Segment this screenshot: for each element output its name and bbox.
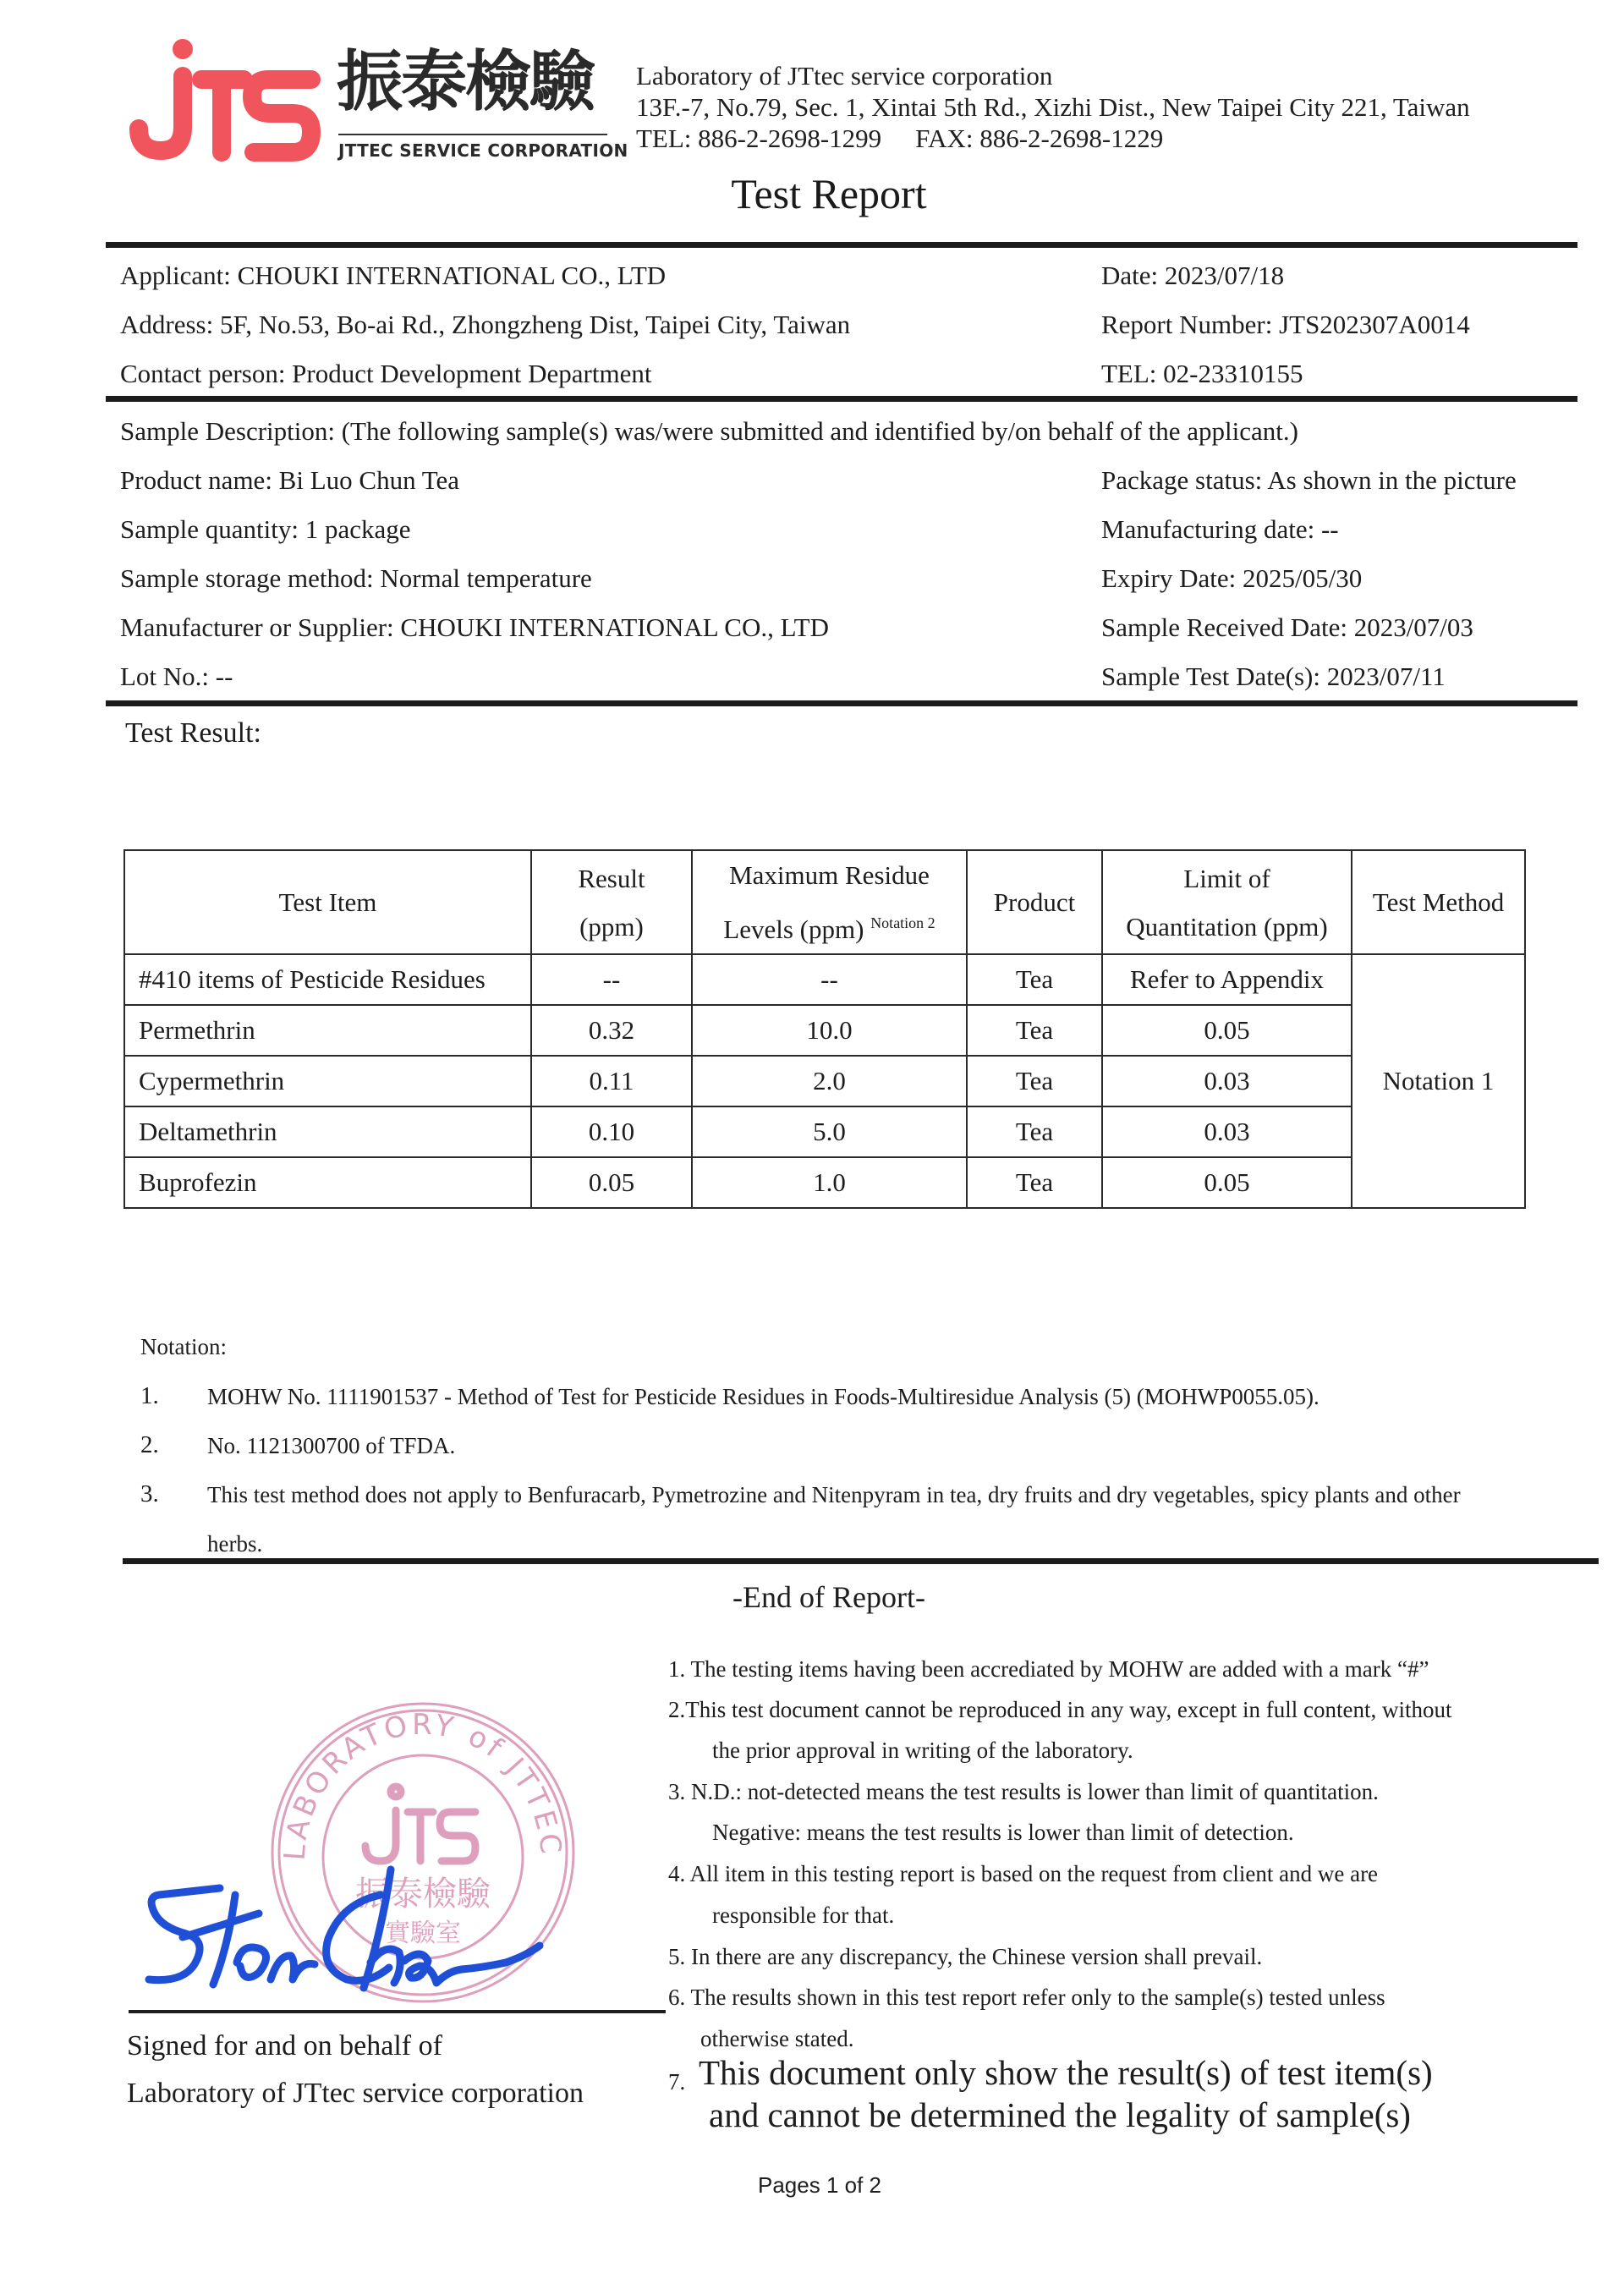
- test-result-table: Test Item Result(ppm) Maximum ResidueLev…: [123, 849, 1526, 1209]
- cell-result: --: [531, 954, 692, 1005]
- logo-english-name: JTTEC SERVICE CORPORATION: [338, 140, 628, 161]
- test-dates-field: Sample Test Date(s): 2023/07/11: [1101, 662, 1446, 692]
- cell-loq: Refer to Appendix: [1102, 954, 1352, 1005]
- cell-product: Tea: [967, 1005, 1102, 1056]
- divider-rule: [106, 242, 1577, 248]
- storage-method-field: Sample storage method: Normal temperatur…: [120, 563, 592, 594]
- cell-mrl: --: [692, 954, 967, 1005]
- disclaimer-item: 5. In there are any discrepancy, the Chi…: [668, 1944, 1262, 1970]
- report-number-field: Report Number: JTS202307A0014: [1101, 310, 1470, 340]
- received-date-field: Sample Received Date: 2023/07/03: [1101, 612, 1473, 643]
- address-field: Address: 5F, No.53, Bo-ai Rd., Zhongzhen…: [120, 310, 850, 340]
- signed-on-behalf-label: Signed for and on behalf of: [127, 2030, 442, 2062]
- page-number: Pages 1 of 2: [758, 2172, 881, 2199]
- cell-loq: 0.05: [1102, 1005, 1352, 1056]
- table-row: Permethrin 0.32 10.0 Tea 0.05: [124, 1005, 1525, 1056]
- cell-result: 0.05: [531, 1157, 692, 1208]
- cell-product: Tea: [967, 1106, 1102, 1157]
- logo-chinese-name: 振泰檢驗: [337, 49, 594, 115]
- lot-number-field: Lot No.: --: [120, 662, 233, 692]
- end-of-report: -End of Report-: [0, 1579, 1624, 1615]
- lab-address: 13F.-7, No.79, Sec. 1, Xintai 5th Rd., X…: [636, 92, 1470, 123]
- notation-text: No. 1121300700 of TFDA.: [207, 1433, 455, 1459]
- contact-field: Contact person: Product Development Depa…: [120, 359, 651, 389]
- cell-result: 0.11: [531, 1056, 692, 1106]
- cell-result: 0.32: [531, 1005, 692, 1056]
- cell-loq: 0.03: [1102, 1106, 1352, 1157]
- header-product: Product: [967, 850, 1102, 954]
- divider-rule: [106, 396, 1577, 402]
- mrl-notation-ref: Notation 2: [870, 914, 935, 931]
- divider-rule: [123, 1558, 1599, 1564]
- notation-text: This test method does not apply to Benfu…: [207, 1482, 1461, 1508]
- notation-heading: Notation:: [140, 1334, 227, 1360]
- cell-mrl: 1.0: [692, 1157, 967, 1208]
- cell-loq: 0.05: [1102, 1157, 1352, 1208]
- disclaimer-item: 1. The testing items having been accredi…: [668, 1656, 1429, 1683]
- cell-product: Tea: [967, 1157, 1102, 1208]
- cell-test-item: Deltamethrin: [124, 1106, 531, 1157]
- cell-mrl: 2.0: [692, 1056, 967, 1106]
- applicant-field: Applicant: CHOUKI INTERNATIONAL CO., LTD: [120, 261, 666, 291]
- lab-fax: FAX: 886-2-2698-1229: [915, 124, 1163, 153]
- header-result: Result(ppm): [531, 850, 692, 954]
- manufacturer-field: Manufacturer or Supplier: CHOUKI INTERNA…: [120, 612, 829, 643]
- disclaimer-item-continued: Negative: means the test results is lowe…: [712, 1820, 1294, 1846]
- applicant-tel-field: TEL: 02-23310155: [1101, 359, 1303, 389]
- signature-line: [129, 2010, 666, 2013]
- disclaimer-number: 7.: [668, 2069, 685, 2095]
- disclaimer-item: 4. All item in this testing report is ba…: [668, 1861, 1378, 1887]
- product-name-field: Product name: Bi Luo Chun Tea: [120, 465, 459, 496]
- signing-lab-name: Laboratory of JTtec service corporation: [127, 2078, 584, 2110]
- lab-contact: TEL: 886-2-2698-1299FAX: 886-2-2698-1229: [636, 124, 1163, 154]
- date-field: Date: 2023/07/18: [1101, 261, 1284, 291]
- table-row: Deltamethrin 0.10 5.0 Tea 0.03: [124, 1106, 1525, 1157]
- cell-product: Tea: [967, 1056, 1102, 1106]
- manufacturing-date-field: Manufacturing date: --: [1101, 514, 1339, 545]
- sample-description: Sample Description: (The following sampl…: [120, 416, 1298, 447]
- notation-number: 3.: [140, 1480, 159, 1508]
- divider-rule: [106, 700, 1577, 706]
- cell-loq: 0.03: [1102, 1056, 1352, 1106]
- package-status-field: Package status: As shown in the picture: [1101, 465, 1517, 496]
- disclaimer-item-continued: and cannot be determined the legality of…: [709, 2095, 1411, 2135]
- disclaimer-item: 2.This test document cannot be reproduce…: [668, 1697, 1452, 1723]
- table-row: Buprofezin 0.05 1.0 Tea 0.05: [124, 1157, 1525, 1208]
- cell-test-item: Cypermethrin: [124, 1056, 531, 1106]
- notation-text: MOHW No. 1111901537 - Method of Test for…: [207, 1384, 1319, 1410]
- lab-tel: TEL: 886-2-2698-1299: [636, 124, 881, 153]
- notation-number: 2.: [140, 1431, 159, 1459]
- notation-text-continued: herbs.: [207, 1531, 262, 1557]
- table-row: Cypermethrin 0.11 2.0 Tea 0.03: [124, 1056, 1525, 1106]
- page-title: Test Report: [0, 169, 1624, 218]
- cell-test-item: Buprofezin: [124, 1157, 531, 1208]
- disclaimer-item: 3. N.D.: not-detected means the test res…: [668, 1779, 1379, 1805]
- notation-number: 1.: [140, 1382, 159, 1410]
- cell-test-method: Notation 1: [1352, 954, 1525, 1208]
- header-test-method: Test Method: [1352, 850, 1525, 954]
- cell-product: Tea: [967, 954, 1102, 1005]
- disclaimer-item: This document only show the result(s) of…: [699, 2052, 1433, 2093]
- cell-result: 0.10: [531, 1106, 692, 1157]
- sample-quantity-field: Sample quantity: 1 package: [120, 514, 410, 545]
- jts-logo-icon: [127, 36, 321, 162]
- cell-mrl: 5.0: [692, 1106, 967, 1157]
- lab-name: Laboratory of JTtec service corporation: [636, 61, 1052, 91]
- expiry-date-field: Expiry Date: 2025/05/30: [1101, 563, 1362, 594]
- header-test-item: Test Item: [124, 850, 531, 954]
- disclaimer-item-continued: the prior approval in writing of the lab…: [712, 1738, 1133, 1764]
- table-row: #410 items of Pesticide Residues -- -- T…: [124, 954, 1525, 1005]
- disclaimer-item-continued: otherwise stated.: [700, 2026, 853, 2052]
- test-result-heading: Test Result:: [125, 717, 261, 749]
- cell-mrl: 10.0: [692, 1005, 967, 1056]
- header-loq: Limit ofQuantitation (ppm): [1102, 850, 1352, 954]
- cell-test-item: #410 items of Pesticide Residues: [124, 954, 531, 1005]
- disclaimer-item-continued: responsible for that.: [712, 1902, 894, 1929]
- disclaimer-item: 6. The results shown in this test report…: [668, 1985, 1385, 2011]
- header-mrl: Maximum ResidueLevels (ppm) Notation 2: [692, 850, 967, 954]
- table-header-row: Test Item Result(ppm) Maximum ResidueLev…: [124, 850, 1525, 954]
- cell-test-item: Permethrin: [124, 1005, 531, 1056]
- signature-icon: [135, 1861, 558, 2005]
- logo-divider: [338, 134, 607, 135]
